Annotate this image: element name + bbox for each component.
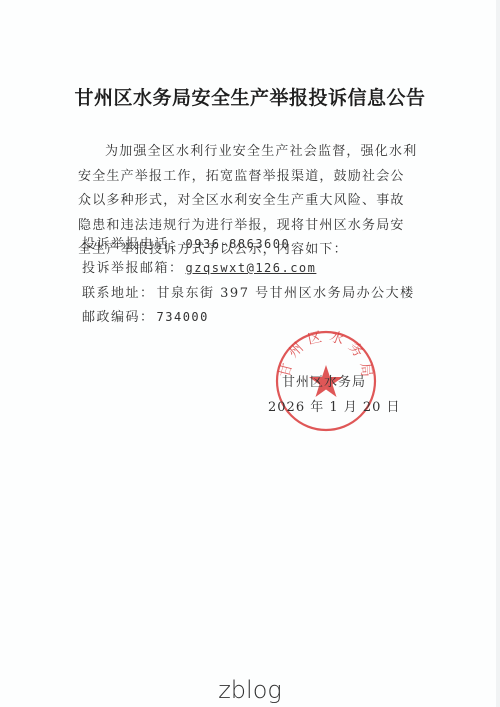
- address-line: 联系地址：甘泉东街 397 号甘州区水务局办公大楼: [82, 282, 415, 301]
- postcode-label: 邮政编码：: [82, 310, 155, 325]
- postcode-value: 734000: [157, 310, 209, 324]
- issue-date: 2026 年 1 月 20 日: [268, 396, 401, 415]
- phone-line: 投诉举报电话：0936-8863600: [82, 233, 290, 252]
- phone-value: 0936-8863600: [186, 237, 291, 251]
- email-label: 投诉举报邮箱：: [82, 261, 184, 276]
- email-link[interactable]: gzqswxt@126.com: [186, 261, 317, 275]
- address-value: 甘泉东街 397 号甘州区水务局办公大楼: [157, 286, 415, 301]
- watermark: zblog: [0, 676, 500, 704]
- address-label: 联系地址：: [82, 286, 155, 301]
- phone-label: 投诉举报电话：: [82, 237, 184, 252]
- email-line: 投诉举报邮箱：gzqswxt@126.com: [82, 257, 316, 276]
- document-page: 甘州区水务局安全生产举报投诉信息公告 为加强全区水利行业安全生产社会监督，强化水…: [0, 0, 496, 707]
- page-edge: [496, 0, 500, 707]
- signature: 甘州区水务局: [282, 371, 366, 390]
- postcode-line: 邮政编码：734000: [82, 306, 209, 325]
- document-title: 甘州区水务局安全生产举报投诉信息公告: [0, 83, 500, 110]
